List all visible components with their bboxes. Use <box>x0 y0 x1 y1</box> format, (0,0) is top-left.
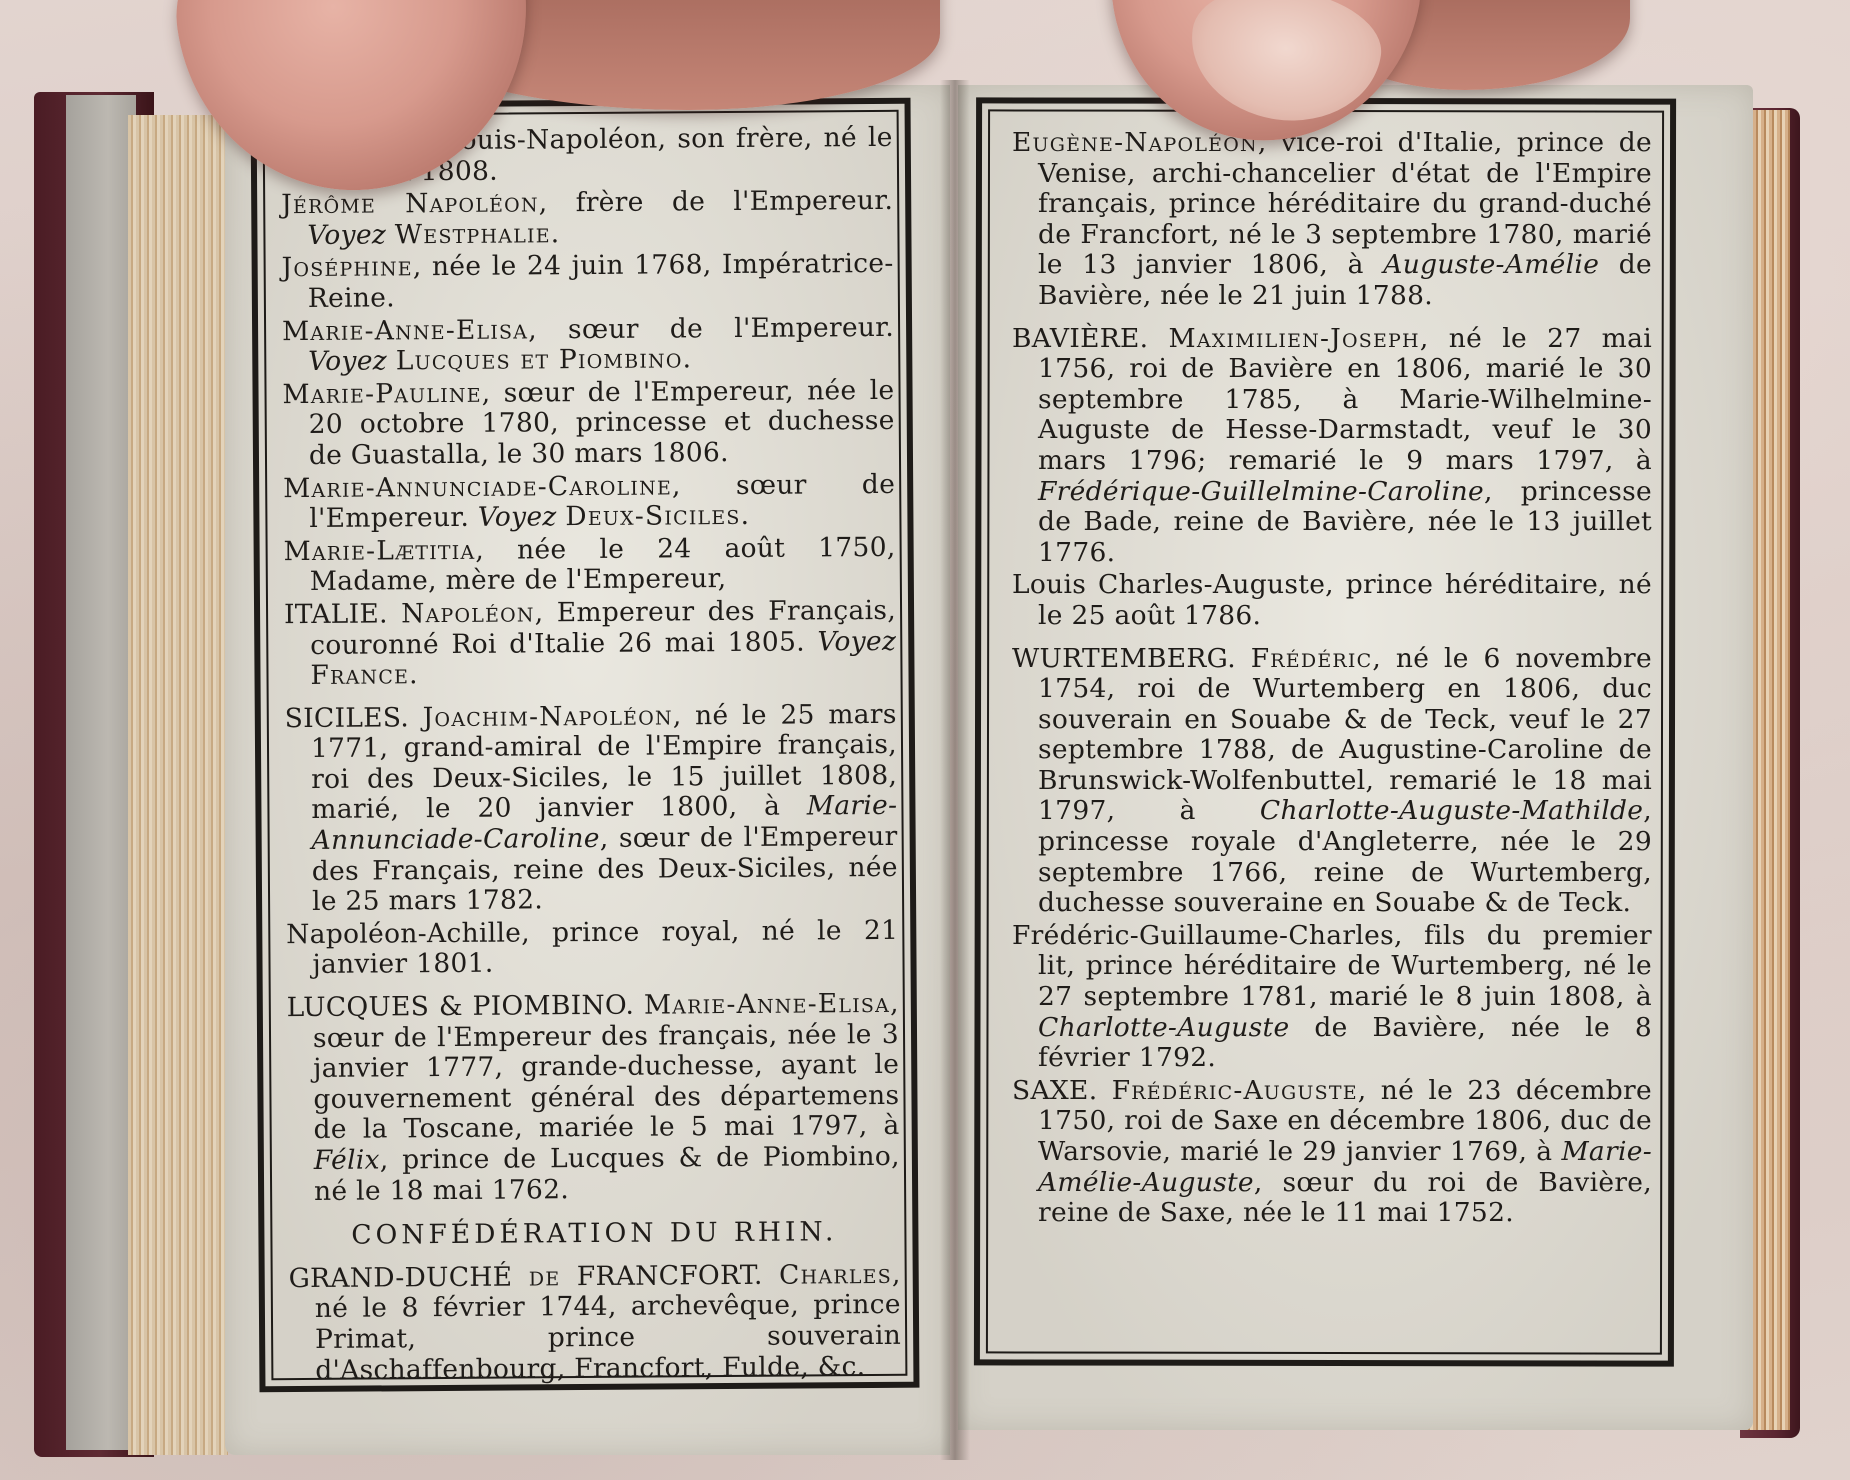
entry-paragraph: SAXE. Frédéric-Auguste, né le 23 décembr… <box>1012 1076 1652 1229</box>
text-run: FRANCFORT. <box>560 1259 779 1292</box>
text-run: . <box>409 659 418 690</box>
text-run: Jérôme Napoléon <box>281 188 539 221</box>
text-run: Voyez <box>817 625 896 657</box>
text-run: Voyez <box>478 501 557 533</box>
text-run: Frédéric-Auguste <box>1112 1075 1358 1106</box>
text-run: SICILES. <box>285 702 423 734</box>
entry-paragraph: Marie-Annunciade-Caroline, sœur de l'Emp… <box>283 469 895 534</box>
text-run: Auguste-Amélie <box>1383 249 1599 280</box>
text-run: ITALIE. <box>284 598 401 630</box>
text-run: Voyez <box>308 346 387 378</box>
section-heading: CONFÉDÉRATION DU RHIN. <box>288 1217 900 1252</box>
text-run: GRAND-DUCHÉ <box>289 1261 529 1294</box>
entry-paragraph: Marie-Pauline, sœur de l'Empereur, née l… <box>282 376 895 472</box>
text-run: Napoléon-Achille, prince royal, né le 21… <box>286 915 898 981</box>
text-run: Napoléon <box>401 597 535 629</box>
text-run: WURTEMBERG. <box>1012 643 1251 674</box>
text-run: SAXE. <box>1012 1075 1112 1106</box>
text-run: Frédéric <box>1251 643 1373 674</box>
text-run: Frédéric-Guillaume-Charles, fils du prem… <box>1012 920 1652 1012</box>
text-run: Deux-Siciles <box>565 500 740 532</box>
flyleaf-left <box>66 95 136 1450</box>
entry-paragraph: BAVIÈRE. Maximilien-Joseph, né le 27 mai… <box>1012 324 1652 569</box>
entry-paragraph: Marie-Anne-Elisa, sœur de l'Empereur. Vo… <box>282 312 894 377</box>
text-run: Louis Charles-Auguste, prince héréditair… <box>1012 569 1652 631</box>
entry-paragraph: LUCQUES & PIOMBINO. Marie-Anne-Elisa, sœ… <box>287 989 900 1207</box>
text-run: France <box>310 659 409 691</box>
left-entries-after-heading: GRAND-DUCHÉ de FRANCFORT. Charles, né le… <box>289 1260 902 1387</box>
entry-paragraph: Eugène-Napoléon, vice-roi d'Italie, prin… <box>1012 128 1652 312</box>
text-run: de <box>529 1261 561 1292</box>
text-run: Maximilien-Joseph <box>1169 323 1420 354</box>
text-run: Lucques et Piombino <box>396 344 683 377</box>
text-run: Charles <box>779 1259 892 1291</box>
text-run: Marie-Pauline <box>282 378 481 410</box>
text-run: Marie-Lætitia <box>283 535 475 567</box>
text-run: LUCQUES & PIOMBINO. <box>287 990 644 1023</box>
text-run: Félix <box>314 1144 380 1175</box>
text-run: Marie-Anne-Elisa <box>282 314 528 347</box>
entry-paragraph: Louis Charles-Auguste, prince héréditair… <box>1012 570 1652 631</box>
right-entries: Eugène-Napoléon, vice-roi d'Italie, prin… <box>1012 128 1652 1229</box>
text-run: Westphalie <box>395 218 551 250</box>
text-run: Joséphine <box>281 252 412 284</box>
entry-paragraph: WURTEMBERG. Frédéric, né le 6 novembre 1… <box>1012 644 1652 919</box>
text-run: Charlotte-Auguste-Mathilde <box>1260 795 1643 826</box>
left-page-text: …; Charles-Louis-Napoléon, son frère, né… <box>281 123 902 1388</box>
text-run: . <box>683 343 692 374</box>
right-page-text: Eugène-Napoléon, vice-roi d'Italie, prin… <box>1012 128 1652 1231</box>
page-edges-left <box>128 115 228 1455</box>
text-run: . <box>740 500 749 531</box>
text-run: Marie-Anne-Elisa <box>644 988 890 1021</box>
left-entries: …; Charles-Louis-Napoléon, son frère, né… <box>281 123 901 1207</box>
entry-paragraph: Joséphine, née le 24 juin 1768, Impératr… <box>281 249 893 314</box>
text-run <box>386 219 395 250</box>
entry-paragraph: Frédéric-Guillaume-Charles, fils du prem… <box>1012 921 1652 1074</box>
text-run: Charlotte-Auguste <box>1038 1012 1289 1043</box>
entry-paragraph: GRAND-DUCHÉ de FRANCFORT. Charles, né le… <box>289 1260 902 1387</box>
text-run: . <box>551 218 560 249</box>
book-gutter <box>940 80 970 1460</box>
text-run: Joachim-Napoléon <box>423 700 673 733</box>
entry-paragraph: Napoléon-Achille, prince royal, né le 21… <box>286 916 898 981</box>
text-run: BAVIÈRE. <box>1012 323 1169 354</box>
text-run: , sœur de l'Empereur. <box>528 311 894 345</box>
entry-paragraph: Jérôme Napoléon, frère de l'Empereur. Vo… <box>281 186 893 251</box>
text-run: , prince de Lucques & de Piombino, né le… <box>314 1141 900 1207</box>
text-run <box>557 501 566 532</box>
entry-paragraph: Marie-Lætitia, née le 24 août 1750, Mada… <box>283 533 895 598</box>
text-run <box>387 346 396 377</box>
entry-paragraph: ITALIE. Napoléon, Empereur des Français,… <box>284 596 897 692</box>
text-run: Voyez <box>307 219 386 251</box>
text-run: Marie-Annunciade-Caroline <box>283 470 672 504</box>
text-run: , frère de l'Empereur. <box>539 185 894 218</box>
entry-paragraph: SICILES. Joachim-Napoléon, né le 25 mars… <box>285 700 898 918</box>
text-run: Frédérique-Guillelmine-Caroline <box>1038 476 1484 507</box>
